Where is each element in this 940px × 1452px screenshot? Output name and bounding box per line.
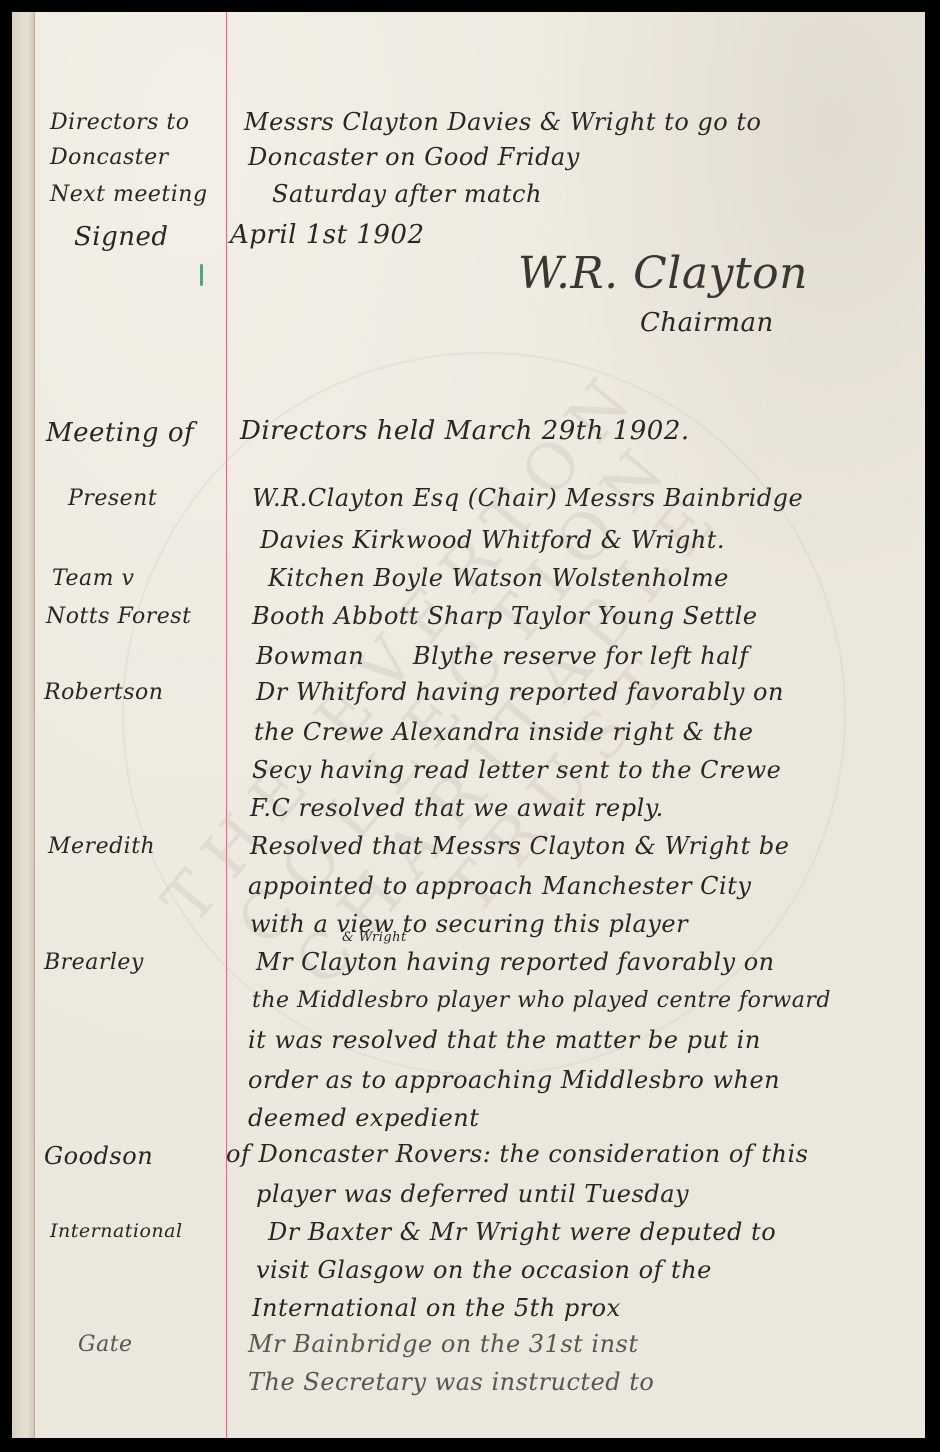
- margin-note: Doncaster: [50, 145, 169, 170]
- minute-line: the Middlesbro player who played centre …: [252, 988, 831, 1013]
- minute-line: Davies Kirkwood Whitford & Wright.: [260, 526, 725, 554]
- minute-line: Doncaster on Good Friday: [248, 143, 580, 171]
- minute-line: with a view to securing this player: [250, 910, 688, 938]
- margin-note: Next meeting: [50, 182, 208, 207]
- minute-line: The Secretary was instructed to: [248, 1368, 654, 1396]
- insertion-note: & Wright: [342, 930, 407, 945]
- red-margin-line: [226, 12, 227, 1438]
- minute-line: order as to approaching Middlesbro when: [248, 1066, 780, 1094]
- signature-title: Chairman: [640, 308, 774, 338]
- chairman-signature: W.R. Clayton: [518, 248, 808, 299]
- margin-note: Meredith: [48, 834, 155, 859]
- minute-line: Booth Abbott Sharp Taylor Young Settle: [252, 602, 758, 630]
- minute-line: visit Glasgow on the occasion of the: [256, 1256, 712, 1284]
- meeting-heading: Directors held March 29th 1902.: [240, 416, 690, 446]
- minute-line: Resolved that Messrs Clayton & Wright be: [250, 832, 789, 860]
- minute-line: it was resolved that the matter be put i…: [248, 1026, 761, 1054]
- margin-note: Present: [68, 486, 157, 511]
- minute-line: the Crewe Alexandra inside right & the: [254, 718, 754, 746]
- minute-line: Dr Baxter & Mr Wright were deputed to: [268, 1218, 776, 1246]
- page-binding-edge: [12, 12, 35, 1438]
- minute-line: Secy having read letter sent to the Crew…: [252, 756, 781, 784]
- meeting-heading-side: Meeting of: [46, 418, 194, 448]
- minute-line: Dr Whitford having reported favorably on: [256, 678, 784, 706]
- minute-line: W.R.Clayton Esq (Chair) Messrs Bainbridg…: [252, 484, 803, 512]
- margin-note: Directors to: [50, 110, 190, 135]
- margin-note: International: [50, 1220, 183, 1242]
- margin-note: Gate: [78, 1332, 133, 1357]
- minute-line: Mr Bainbridge on the 31st inst: [248, 1330, 639, 1358]
- signed-date: April 1st 1902: [230, 220, 425, 250]
- minute-book-page: THE EVERTON COLLECTION CHARITABLE TRUST …: [12, 12, 925, 1438]
- minute-line: appointed to approach Manchester City: [248, 872, 751, 900]
- margin-note: Brearley: [44, 950, 144, 975]
- minute-line: player was deferred until Tuesday: [256, 1180, 689, 1208]
- minute-line: Mr Clayton having reported favorably on: [256, 948, 775, 976]
- margin-note: Robertson: [44, 680, 163, 705]
- margin-note: Team v: [52, 566, 134, 591]
- minute-line: Kitchen Boyle Watson Wolstenholme: [268, 564, 729, 592]
- margin-note: Goodson: [44, 1142, 153, 1170]
- minute-line: F.C resolved that we await reply.: [250, 794, 664, 822]
- minute-line: Messrs Clayton Davies & Wright to go to: [244, 108, 761, 136]
- minute-line: Saturday after match: [272, 180, 542, 208]
- margin-note: Signed: [74, 222, 169, 252]
- minute-line: deemed expedient: [248, 1104, 479, 1132]
- minute-line: Bowman Blythe reserve for left half: [256, 642, 749, 670]
- minute-line: International on the 5th prox: [252, 1294, 621, 1322]
- minute-line: of Doncaster Rovers: the consideration o…: [226, 1140, 808, 1168]
- check-mark-icon: [200, 264, 203, 286]
- margin-note: Notts Forest: [46, 604, 191, 629]
